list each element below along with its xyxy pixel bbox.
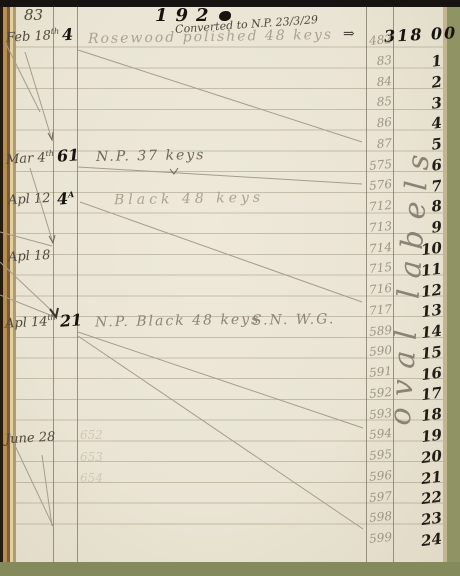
entry-date: Apl 12 bbox=[8, 191, 51, 208]
amount-value: 318 00 bbox=[384, 23, 458, 46]
entry-description: N.P. Black 48 keys bbox=[95, 312, 261, 331]
bottom-background bbox=[0, 562, 460, 576]
ledger-page-scan: 83 192 Converted to N.P. 23/3/29 318 00 … bbox=[0, 0, 460, 576]
serial-number: 84 bbox=[365, 73, 392, 89]
serial-number: 712 bbox=[365, 198, 392, 214]
right-background bbox=[447, 7, 460, 576]
serial-number: 717 bbox=[365, 302, 392, 318]
serial-number: 482 bbox=[365, 32, 392, 48]
serial-number: 598 bbox=[365, 509, 392, 525]
serial-number: 87 bbox=[365, 136, 392, 152]
entry-qty: 4 bbox=[61, 25, 73, 45]
serial-number: 597 bbox=[365, 488, 392, 504]
serial-number: 86 bbox=[365, 115, 392, 131]
entry-description-extra: S.N. W.G. bbox=[252, 311, 336, 328]
serial-number: 599 bbox=[365, 530, 392, 546]
entry-qty: 61 bbox=[56, 145, 80, 166]
faint-serial-number: 654 bbox=[80, 471, 103, 485]
serial-number: 714 bbox=[365, 239, 392, 255]
folio-number: 83 bbox=[24, 6, 43, 24]
serial-number: 576 bbox=[365, 177, 392, 193]
entry-date: June 28 bbox=[5, 430, 56, 448]
serial-number: 713 bbox=[365, 219, 392, 235]
book-spine-edge bbox=[0, 7, 16, 562]
column-rule-date bbox=[53, 7, 54, 562]
serial-number: 596 bbox=[365, 468, 392, 484]
serial-number: 575 bbox=[365, 156, 392, 172]
entry-description: Black 48 keys bbox=[114, 190, 264, 209]
column-rule-qty bbox=[77, 7, 78, 562]
faint-serial-number: 653 bbox=[80, 450, 103, 464]
faint-serial-number: 652 bbox=[80, 428, 103, 442]
serial-number: 85 bbox=[365, 94, 392, 110]
serial-number: 716 bbox=[365, 281, 392, 297]
serial-number: 83 bbox=[365, 53, 392, 69]
entry-qty: 21 bbox=[59, 310, 83, 331]
serial-number: 715 bbox=[365, 260, 392, 276]
entry-date: Mar 4th bbox=[6, 149, 55, 168]
entry-description: N.P. 37 keys bbox=[96, 147, 206, 165]
entry-date: Feb 18th bbox=[6, 27, 60, 46]
arrow-mark: ⇒ bbox=[343, 26, 355, 42]
entry-qty: 4A bbox=[56, 188, 75, 208]
entry-date: Apl 18 bbox=[8, 248, 51, 265]
entry-date: Apl 14th bbox=[5, 313, 57, 332]
